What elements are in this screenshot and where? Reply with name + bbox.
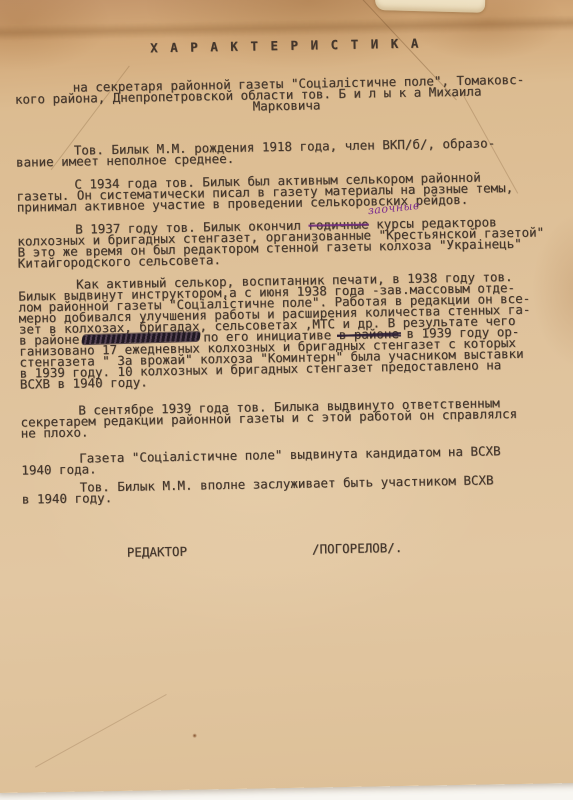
paragraph-conclusion: Тов. Билык М.М. вполне заслуживает быть … xyxy=(22,473,565,504)
document-title: Х А Р А К Т Е Р И С Т И К А xyxy=(14,35,557,55)
paragraph-addressee: на секретаря районной газеты "Соціалісти… xyxy=(15,73,558,115)
paragraph-birth-education: Тов. Билык М.М. рождения 1918 года, член… xyxy=(16,136,559,167)
annotated-word-wrap: заочныегодичные xyxy=(308,217,368,233)
paragraph-selkor-work: Как активный селькор, воспитанник печати… xyxy=(18,270,563,389)
paragraph-1934: С 1934 года тов. Билык был активным сель… xyxy=(16,170,559,212)
paragraph-1939-secretary: В сентябре 1939 года тов. Билыка выдвину… xyxy=(20,396,563,438)
paper-scratch xyxy=(35,694,167,768)
scanned-document-page: Х А Р А К Т Е Р И С Т И К А на секретаря… xyxy=(0,0,573,800)
paragraph-1937: В 1937 году тов. Билык окончил заочныего… xyxy=(17,215,561,268)
typewritten-content: Х А Р А К Т Е Р И С Т И К А на секретаря… xyxy=(0,0,573,560)
document-paper: Х А Р А К Т Е Р И С Т И К А на секретаря… xyxy=(0,0,573,793)
paragraph-gazeta-vshv: Газета "Соціалістичне поле" выдвинута ка… xyxy=(21,444,564,475)
struck-word: в районе xyxy=(339,328,399,340)
signature-name: /ПОГОРЕЛОВ/. xyxy=(312,542,402,555)
signature-block: РЕДАКТОР /ПОГОРЕЛОВ/. xyxy=(23,539,566,559)
signature-role: РЕДАКТОР xyxy=(127,546,187,558)
